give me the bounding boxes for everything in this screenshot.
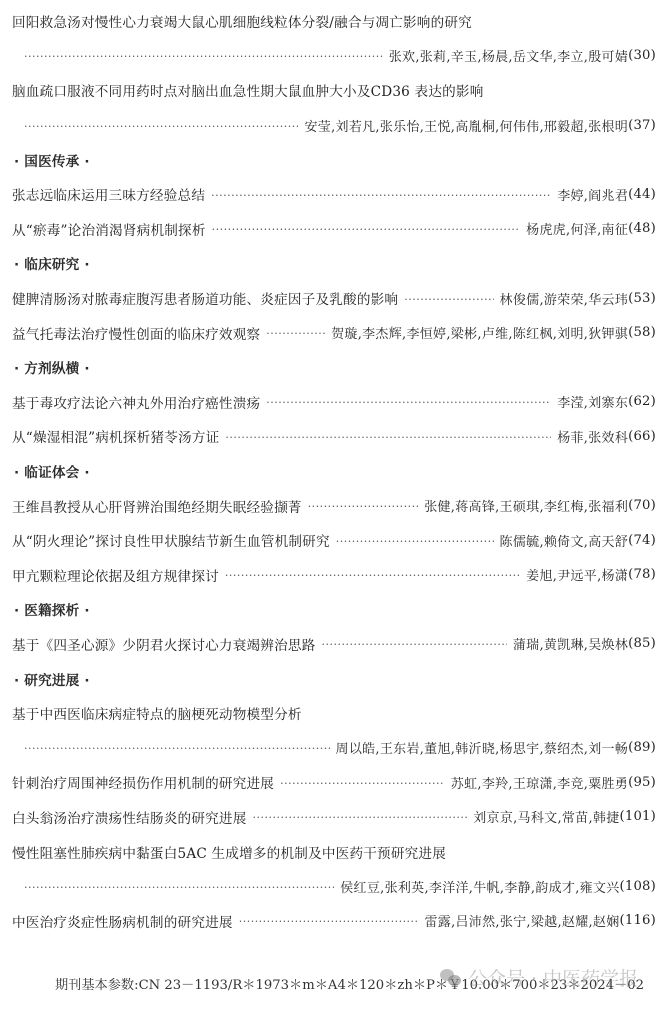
article-authors-row: 周以皓,王东岩,董旭,韩沂晓,杨思宇,蔡绍杰,刘一畅(89)	[12, 730, 656, 765]
watermark-text: 公众号 · 中医药学报	[468, 964, 638, 991]
dot-leader	[212, 223, 521, 236]
toc-entry[interactable]: 张志远临床运用三味方经验总结李婷,阎兆君(44)	[12, 177, 656, 212]
page-number: (58)	[628, 325, 656, 340]
toc-entry[interactable]: 王维昌教授从心肝肾辨治围绝经期失眠经验撷菁张健,蒋高锋,王硕琪,李红梅,张福利(…	[12, 488, 656, 523]
dot-leader	[336, 535, 494, 548]
dot-leader	[266, 327, 325, 340]
article-authors: 贺璇,李杰辉,李恒婷,梁彬,卢维,陈红枫,刘明,狄钾骐	[331, 323, 628, 342]
section-header: · 医籍探析 ·	[12, 592, 656, 627]
dot-leader	[211, 189, 551, 202]
wechat-icon	[440, 969, 462, 987]
page-number: (70)	[628, 498, 656, 513]
article-title[interactable]: 王维昌教授从心肝肾辨治围绝经期失眠经验撷菁	[12, 496, 302, 516]
article-authors: 姜旭,尹远平,杨潇	[526, 565, 628, 584]
article-authors-row: 侯红豆,张利英,李洋洋,牛帆,李静,韵成才,雍文兴(108)	[12, 869, 656, 904]
article-authors: 刘京京,马科文,常苗,韩捷	[473, 807, 619, 826]
toc-entry[interactable]: 白头翁汤治疗溃疡性结肠炎的研究进展刘京京,马科文,常苗,韩捷(101)	[12, 800, 656, 835]
toc-entry[interactable]: 针刺治疗周围神经损伤作用机制的研究进展苏虹,李羚,王琼潇,李竞,粟胜勇(95)	[12, 765, 656, 800]
article-title[interactable]: 回阳救急汤对慢性心力衰竭大鼠心肌细胞线粒体分裂/融合与凋亡影响的研究	[12, 11, 472, 31]
article-title[interactable]: 针刺治疗周围神经损伤作用机制的研究进展	[12, 772, 274, 792]
article-title[interactable]: 基于《四圣心源》少阴君火探讨心力衰竭辨治思路	[12, 634, 315, 654]
section-header: · 方剂纵横 ·	[12, 350, 656, 385]
dot-leader	[225, 431, 551, 444]
article-title[interactable]: 益气托毒法治疗慢性创面的临床疗效观察	[12, 323, 260, 343]
dot-leader	[225, 569, 520, 582]
page-number: (37)	[628, 118, 656, 133]
section-header: · 国医传承 ·	[12, 142, 656, 177]
page-number: (66)	[628, 429, 656, 444]
page-number: (48)	[628, 221, 656, 236]
article-authors-row: 张欢,张莉,辛玉,杨晨,岳文华,李立,殷可婧(30)	[12, 39, 656, 74]
page-number: (108)	[620, 879, 656, 894]
dot-leader	[321, 638, 506, 651]
dot-leader	[308, 500, 419, 513]
dot-leader	[239, 915, 419, 928]
article-title[interactable]: 健脾清肠汤对脓毒症腹泻患者肠道功能、炎症因子及乳酸的影响	[12, 288, 398, 308]
table-of-contents: 回阳救急汤对慢性心力衰竭大鼠心肌细胞线粒体分裂/融合与凋亡影响的研究 张欢,张莉…	[12, 4, 656, 938]
section-header: · 研究进展 ·	[12, 661, 656, 696]
article-authors: 林俊儒,游荣荣,华云玮	[500, 289, 629, 308]
toc-entry[interactable]: 甲亢颗粒理论依据及组方规律探讨姜旭,尹远平,杨潇(78)	[12, 558, 656, 593]
section-header: · 临床研究 ·	[12, 246, 656, 281]
toc-entry[interactable]: 健脾清肠汤对脓毒症腹泻患者肠道功能、炎症因子及乳酸的影响林俊儒,游荣荣,华云玮(…	[12, 281, 656, 316]
page-number: (62)	[628, 394, 656, 409]
toc-entry[interactable]: 从“瘀毒”论治消渴肾病机制探析杨虎虎,何泽,南征(48)	[12, 212, 656, 247]
article-title[interactable]: 白头翁汤治疗溃疡性结肠炎的研究进展	[12, 807, 247, 827]
article-authors: 安莹,刘若凡,张乐怡,王悦,高胤桐,何伟伟,邢毅超,张根明	[304, 116, 628, 135]
dot-leader	[280, 777, 445, 790]
toc-entry[interactable]: 基于毒攻疗法论六神丸外用治疗癌性溃疡李滢,刘寨东(62)	[12, 385, 656, 420]
page-number: (116)	[620, 913, 656, 928]
article-title[interactable]: 从“燥湿相混”病机探析猪苓汤方证	[12, 426, 219, 446]
article-authors: 陈儒毓,赖倚文,高天舒	[500, 531, 629, 550]
section-header: · 临证体会 ·	[12, 454, 656, 489]
article-authors: 张欢,张莉,辛玉,杨晨,岳文华,李立,殷可婧	[389, 46, 628, 65]
toc-entry[interactable]: 从“阴火理论”探讨良性甲状腺结节新生血管机制研究陈儒毓,赖倚文,高天舒(74)	[12, 523, 656, 558]
article-authors: 李滢,刘寨东	[557, 392, 628, 411]
dot-leader	[24, 50, 383, 63]
page-number: (78)	[628, 567, 656, 582]
dot-leader	[404, 293, 493, 306]
article-title[interactable]: 中医治疗炎症性肠病机制的研究进展	[12, 911, 233, 931]
dot-leader	[24, 742, 330, 755]
article-title[interactable]: 慢性阻塞性肺疾病中黏蛋白5AC 生成增多的机制及中医药干预研究进展	[12, 842, 446, 862]
watermark: 公众号 · 中医药学报	[440, 964, 638, 991]
article-authors: 雷露,吕沛然,张宁,梁越,赵耀,赵娴	[424, 911, 619, 930]
page-number: (74)	[628, 533, 656, 548]
page-number: (95)	[628, 775, 656, 790]
article-authors: 杨菲,张效科	[557, 427, 628, 446]
article-authors: 周以皓,王东岩,董旭,韩沂晓,杨思宇,蔡绍杰,刘一畅	[336, 738, 629, 757]
toc-entry[interactable]: 益气托毒法治疗慢性创面的临床疗效观察贺璇,李杰辉,李恒婷,梁彬,卢维,陈红枫,刘…	[12, 315, 656, 350]
toc-entry[interactable]: 基于《四圣心源》少阴君火探讨心力衰竭辨治思路蒲瑞,黄凯琳,吴焕林(85)	[12, 627, 656, 662]
article-title-row: 脑血疏口服液不同用药时点对脑出血急性期大鼠血肿大小及CD36 表达的影响	[12, 73, 656, 108]
toc-entry[interactable]: 中医治疗炎症性肠病机制的研究进展雷露,吕沛然,张宁,梁越,赵耀,赵娴(116)	[12, 903, 656, 938]
article-title-row: 基于中西医临床病症特点的脑梗死动物模型分析	[12, 696, 656, 731]
article-title[interactable]: 甲亢颗粒理论依据及组方规律探讨	[12, 565, 219, 585]
article-title[interactable]: 从“阴火理论”探讨良性甲状腺结节新生血管机制研究	[12, 530, 330, 550]
article-authors: 张健,蒋高锋,王硕琪,李红梅,张福利	[424, 496, 628, 515]
article-title[interactable]: 从“瘀毒”论治消渴肾病机制探析	[12, 219, 206, 239]
page-number: (53)	[628, 291, 656, 306]
article-authors-row: 安莹,刘若凡,张乐怡,王悦,高胤桐,何伟伟,邢毅超,张根明(37)	[12, 108, 656, 143]
article-authors: 苏虹,李羚,王琼潇,李竞,粟胜勇	[451, 773, 628, 792]
dot-leader	[24, 881, 334, 894]
dot-leader	[253, 811, 468, 824]
article-title[interactable]: 基于毒攻疗法论六神丸外用治疗癌性溃疡	[12, 392, 260, 412]
article-title-row: 慢性阻塞性肺疾病中黏蛋白5AC 生成增多的机制及中医药干预研究进展	[12, 834, 656, 869]
article-title[interactable]: 张志远临床运用三味方经验总结	[12, 184, 205, 204]
article-title[interactable]: 脑血疏口服液不同用药时点对脑出血急性期大鼠血肿大小及CD36 表达的影响	[12, 80, 484, 100]
toc-entry[interactable]: 从“燥湿相混”病机探析猪苓汤方证杨菲,张效科(66)	[12, 419, 656, 454]
article-title-row: 回阳救急汤对慢性心力衰竭大鼠心肌细胞线粒体分裂/融合与凋亡影响的研究	[12, 4, 656, 39]
page-number: (85)	[628, 636, 656, 651]
page-number: (30)	[628, 48, 656, 63]
page-number: (101)	[620, 809, 656, 824]
page-number: (89)	[628, 740, 656, 755]
article-authors: 杨虎虎,何泽,南征	[526, 219, 628, 238]
dot-leader	[266, 396, 551, 409]
article-authors: 侯红豆,张利英,李洋洋,牛帆,李静,韵成才,雍文兴	[340, 877, 619, 896]
article-title[interactable]: 基于中西医临床病症特点的脑梗死动物模型分析	[12, 703, 302, 723]
article-authors: 蒲瑞,黄凯琳,吴焕林	[513, 634, 628, 653]
article-authors: 李婷,阎兆君	[557, 185, 628, 204]
dot-leader	[24, 120, 298, 133]
page-number: (44)	[628, 187, 656, 202]
